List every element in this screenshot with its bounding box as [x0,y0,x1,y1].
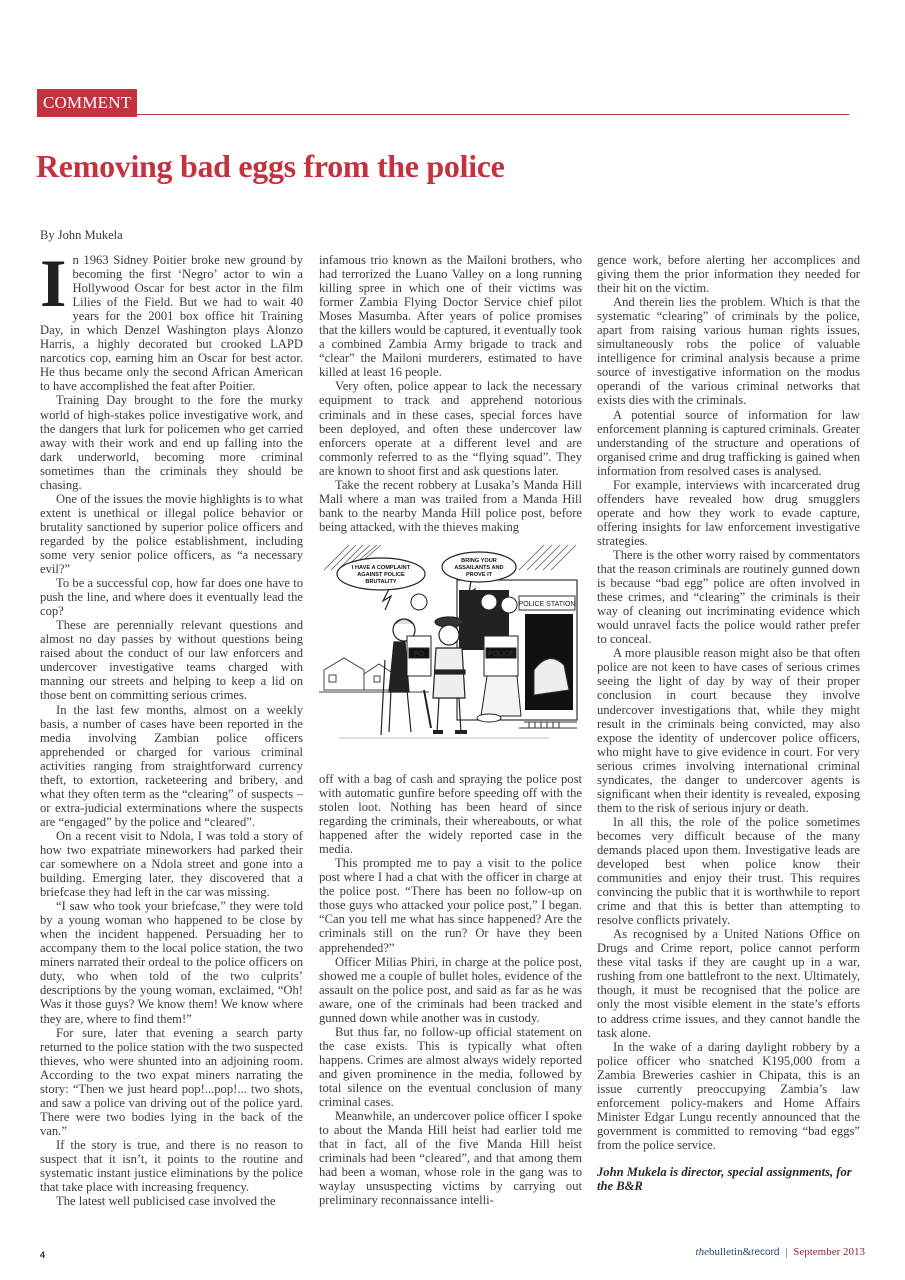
article-paragraph: There is the other worry raised by comme… [597,548,860,646]
article-paragraph: In 1963 Sidney Poitier broke new ground … [40,253,303,393]
article-column-2: infamous trio known as the Mailoni broth… [319,253,582,1207]
byline: By John Mukela [40,228,123,243]
svg-text:PO: PO [414,651,425,658]
article-paragraph: On a recent visit to Ndola, I was told a… [40,829,303,899]
svg-text:ASSAILANTS AND: ASSAILANTS AND [454,565,503,571]
article-paragraph: infamous trio known as the Mailoni broth… [319,253,582,379]
svg-text:POLICE: POLICE [488,651,514,658]
article-paragraph: Take the recent robbery at Lusaka’s Mand… [319,478,582,534]
article-paragraph: In all this, the role of the police some… [597,815,860,927]
page-number: 4 [40,1250,45,1260]
section-divider [107,114,849,115]
article-paragraph: off with a bag of cash and spraying the … [319,772,582,856]
article-paragraph: These are perennially relevant questions… [40,618,303,702]
svg-text:I HAVE A COMPLAINT: I HAVE A COMPLAINT [352,565,411,571]
article-paragraph: Officer Milias Phiri, in charge at the p… [319,955,582,1025]
issue-date: September 2013 [793,1246,865,1258]
author-signoff: John Mukela is director, special assignm… [597,1165,860,1193]
brand-bulletin: bulletin [709,1246,743,1258]
article-paragraph: Very often, police appear to lack the ne… [319,379,582,477]
article-paragraph: The latest well publicised case involved… [40,1194,303,1208]
drop-cap: I [40,256,66,312]
article-paragraph: Meanwhile, an undercover police officer … [319,1109,582,1207]
publication-footer: thebulletin&record | September 2013 [696,1246,865,1258]
brand-record: record [751,1247,779,1258]
article-paragraph: A potential source of information for la… [597,408,860,478]
article-paragraph: If the story is true, and there is no re… [40,1138,303,1194]
article-paragraph: This prompted me to pay a visit to the p… [319,856,582,954]
brand-amp: & [743,1246,752,1258]
svg-text:PROVE IT: PROVE IT [466,572,493,578]
article-paragraph: In the wake of a daring daylight robbery… [597,1040,860,1152]
svg-text:POLICE STATION: POLICE STATION [519,601,576,608]
page-title: Removing bad eggs from the police [36,148,505,185]
article-paragraph: For sure, later that evening a search pa… [40,1026,303,1138]
svg-text:BRUTALITY: BRUTALITY [365,579,397,585]
brand-the: the [696,1246,709,1258]
article-paragraph: For example, interviews with incarcerate… [597,478,860,548]
svg-text:BRING YOUR: BRING YOUR [461,558,497,564]
article-paragraph: But thus far, no follow-up official stat… [319,1025,582,1109]
article-column-3: gence work, before alerting her accompli… [597,253,860,1193]
article-paragraph: And therein lies the problem. Which is t… [597,295,860,407]
article-paragraph: To be a successful cop, how far does one… [40,576,303,618]
editorial-cartoon: POLICE STATION [319,540,582,762]
article-paragraph: Training Day brought to the fore the mur… [40,393,303,491]
article-paragraph: As recognised by a United Nations Office… [597,927,860,1039]
svg-text:AGAINST POLICE: AGAINST POLICE [357,572,405,578]
section-tag: COMMENT [37,89,137,117]
article-paragraph: One of the issues the movie highlights i… [40,492,303,576]
article-column-1: In 1963 Sidney Poitier broke new ground … [40,253,303,1208]
footer-separator: | [785,1246,787,1258]
article-paragraph: gence work, before alerting her accompli… [597,253,860,295]
article-paragraph: In the last few months, almost on a week… [40,703,303,829]
article-paragraph: A more plausible reason might also be th… [597,646,860,815]
article-paragraph: “I saw who took your briefcase,” they we… [40,899,303,1025]
